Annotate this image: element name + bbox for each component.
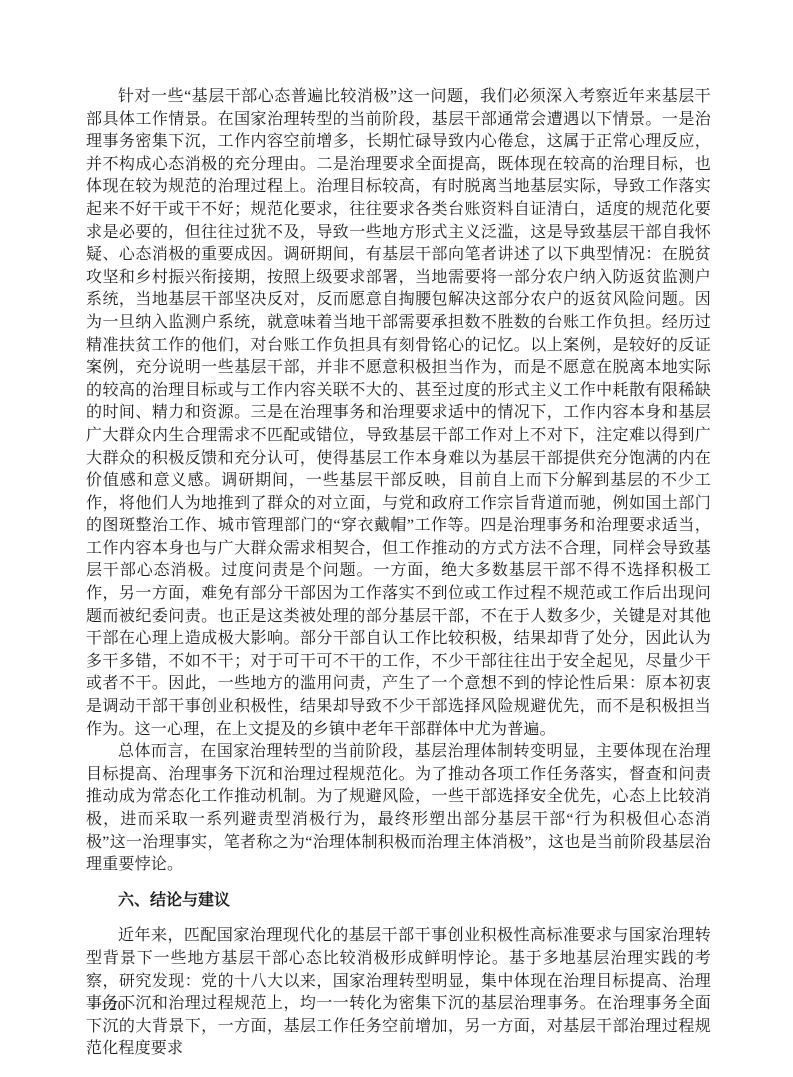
paragraph-summary-paradox: 总体而言，在国家治理转型的当前阶段，基层治理体制转变明显，主要体现在治理目标提高… bbox=[86, 741, 711, 877]
section-heading-conclusion: 六、结论与建议 bbox=[86, 890, 711, 913]
paragraph-field-work-scenarios: 针对一些“基层干部心态普遍比较消极”这一问题，我们必须深入考察近年来基层干部具体… bbox=[86, 86, 711, 741]
page-number: · 120 · bbox=[90, 995, 137, 1018]
paragraph-conclusion-intro: 近年来，匹配国家治理现代化的基层干部干事创业积极性高标准要求与国家治理转型背景下… bbox=[86, 925, 711, 1061]
document-page: 针对一些“基层干部心态普遍比较消极”这一问题，我们必须深入考察近年来基层干部具体… bbox=[0, 0, 793, 1077]
